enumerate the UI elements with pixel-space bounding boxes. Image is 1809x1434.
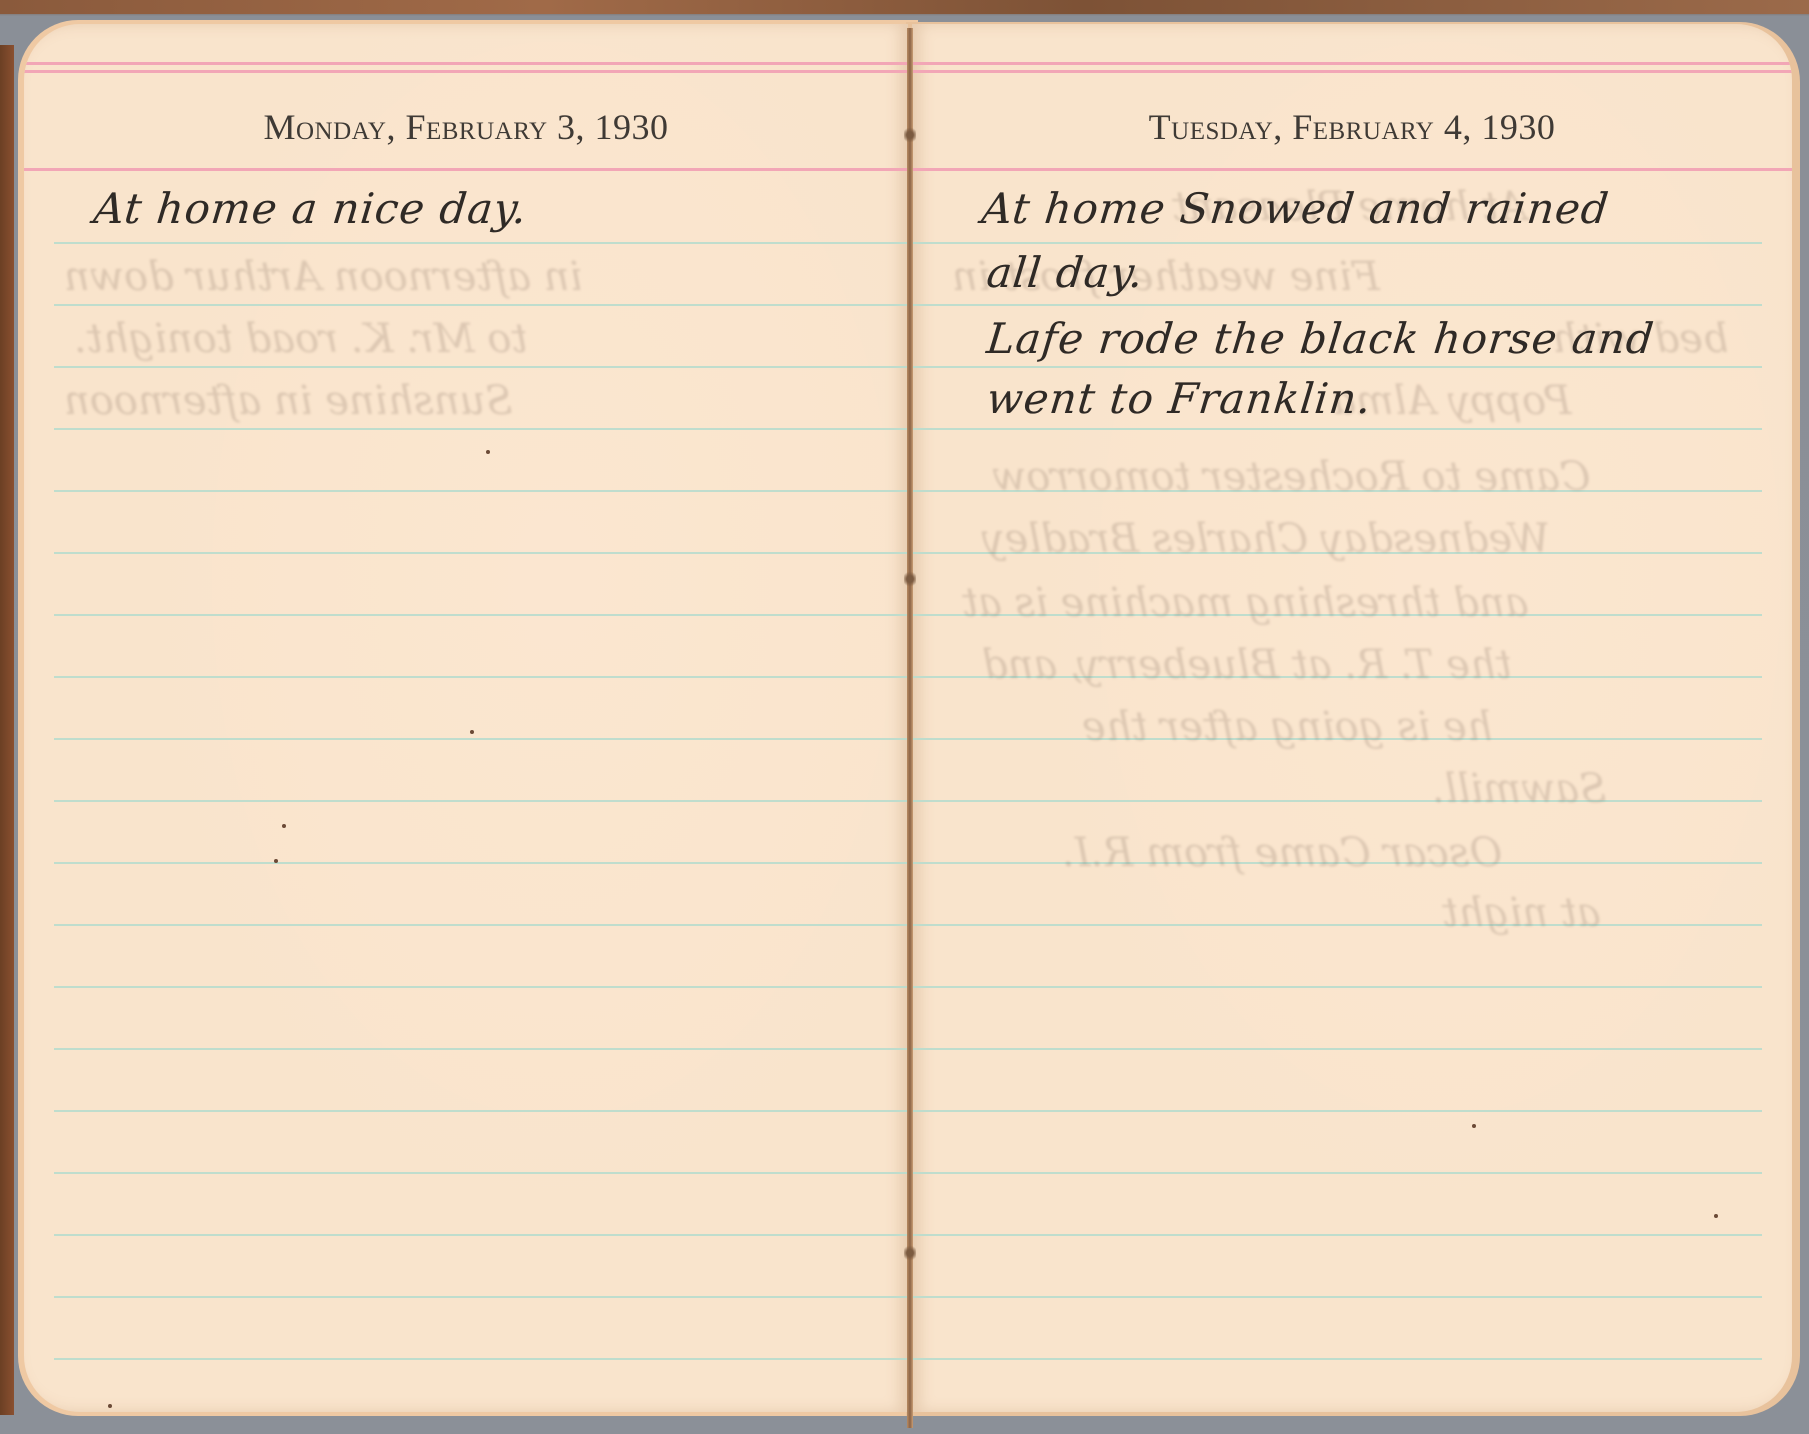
book-cover-left-edge [0, 45, 14, 1415]
paper-speck [1472, 1124, 1476, 1128]
blue-rule [912, 924, 1762, 926]
blue-rule [54, 738, 908, 740]
pink-rule-top-2 [912, 70, 1792, 73]
binding-stitch [904, 570, 916, 588]
handwritten-entry-line: all day. [984, 248, 1146, 297]
blue-rule [54, 1234, 908, 1236]
handwritten-entry-line: Lafe rode the black horse and [984, 314, 1656, 363]
book-spine [907, 28, 913, 1428]
pink-rule-top-1 [912, 62, 1792, 65]
blue-rule [912, 1358, 1762, 1360]
bleed-through-text: Oscar Came from R.I. [1062, 830, 1502, 876]
handwritten-entry-line: At home a nice day. [91, 184, 529, 233]
blue-rule [54, 1296, 908, 1298]
blue-rule [54, 552, 908, 554]
blue-rule [912, 1110, 1762, 1112]
pink-rule-header [24, 168, 908, 171]
blue-rule [54, 1048, 908, 1050]
right-diary-page: Tuesday, February 4, 1930 At home Pleasa… [912, 24, 1792, 1412]
bleed-through-text: and threshing machine is at [962, 580, 1529, 626]
paper-speck [470, 730, 474, 734]
bleed-through-text: the T. R. at Blueberry, and [982, 642, 1512, 688]
date-header-left: Monday, February 3, 1930 [24, 106, 908, 148]
blue-rule [54, 1110, 908, 1112]
paper-speck [1714, 1214, 1718, 1218]
blue-rule [54, 800, 908, 802]
blue-rule [912, 800, 1762, 802]
blue-rule [54, 242, 908, 244]
bleed-through-text: Wednesday Charles Bradley [982, 516, 1550, 562]
blue-rule [54, 366, 908, 368]
blue-rule [54, 924, 908, 926]
left-diary-page: Monday, February 3, 1930 in afternoon Ar… [24, 24, 908, 1412]
binding-stitch [904, 1244, 916, 1262]
bleed-through-text: in afternoon Arthur down [64, 254, 582, 300]
blue-rule [54, 428, 908, 430]
bleed-through-text: Sawmill. [1432, 766, 1607, 812]
blue-rule [54, 862, 908, 864]
blue-rule [912, 1048, 1762, 1050]
bleed-through-text: Came to Rochester tomorrow [992, 454, 1591, 500]
bleed-through-text: to Mr. K. road tonight. [74, 316, 528, 362]
pink-rule-top-1 [24, 62, 908, 65]
blue-rule [912, 1296, 1762, 1298]
binding-stitch [904, 126, 916, 144]
blue-rule [54, 986, 908, 988]
blue-rule [54, 614, 908, 616]
bleed-through-text: Sunshine in afternoon [64, 378, 513, 424]
blue-rule [54, 304, 908, 306]
open-diary: Monday, February 3, 1930 in afternoon Ar… [14, 14, 1804, 1420]
pink-rule-header [912, 168, 1792, 171]
paper-speck [486, 450, 490, 454]
blue-rule [912, 428, 1762, 430]
blue-rule [54, 676, 908, 678]
blue-rule [912, 242, 1762, 244]
paper-speck [282, 824, 286, 828]
blue-rule [912, 366, 1762, 368]
pink-rule-top-2 [24, 70, 908, 73]
bleed-through-text: at night [1442, 890, 1601, 936]
handwritten-entry-line: went to Franklin. [984, 374, 1374, 423]
book-cover-top-edge [0, 0, 1809, 14]
bleed-through-text: he is going after the [1082, 704, 1493, 750]
paper-speck [274, 859, 278, 863]
blue-rule [912, 304, 1762, 306]
blue-rule [912, 1234, 1762, 1236]
date-header-right: Tuesday, February 4, 1930 [912, 106, 1792, 148]
blue-rule [912, 986, 1762, 988]
blue-rule [54, 1358, 908, 1360]
blue-rule [912, 1172, 1762, 1174]
handwritten-entry-line: At home Snowed and rained [979, 184, 1611, 233]
blue-rule [54, 1172, 908, 1174]
paper-speck [108, 1404, 112, 1408]
blue-rule [54, 490, 908, 492]
